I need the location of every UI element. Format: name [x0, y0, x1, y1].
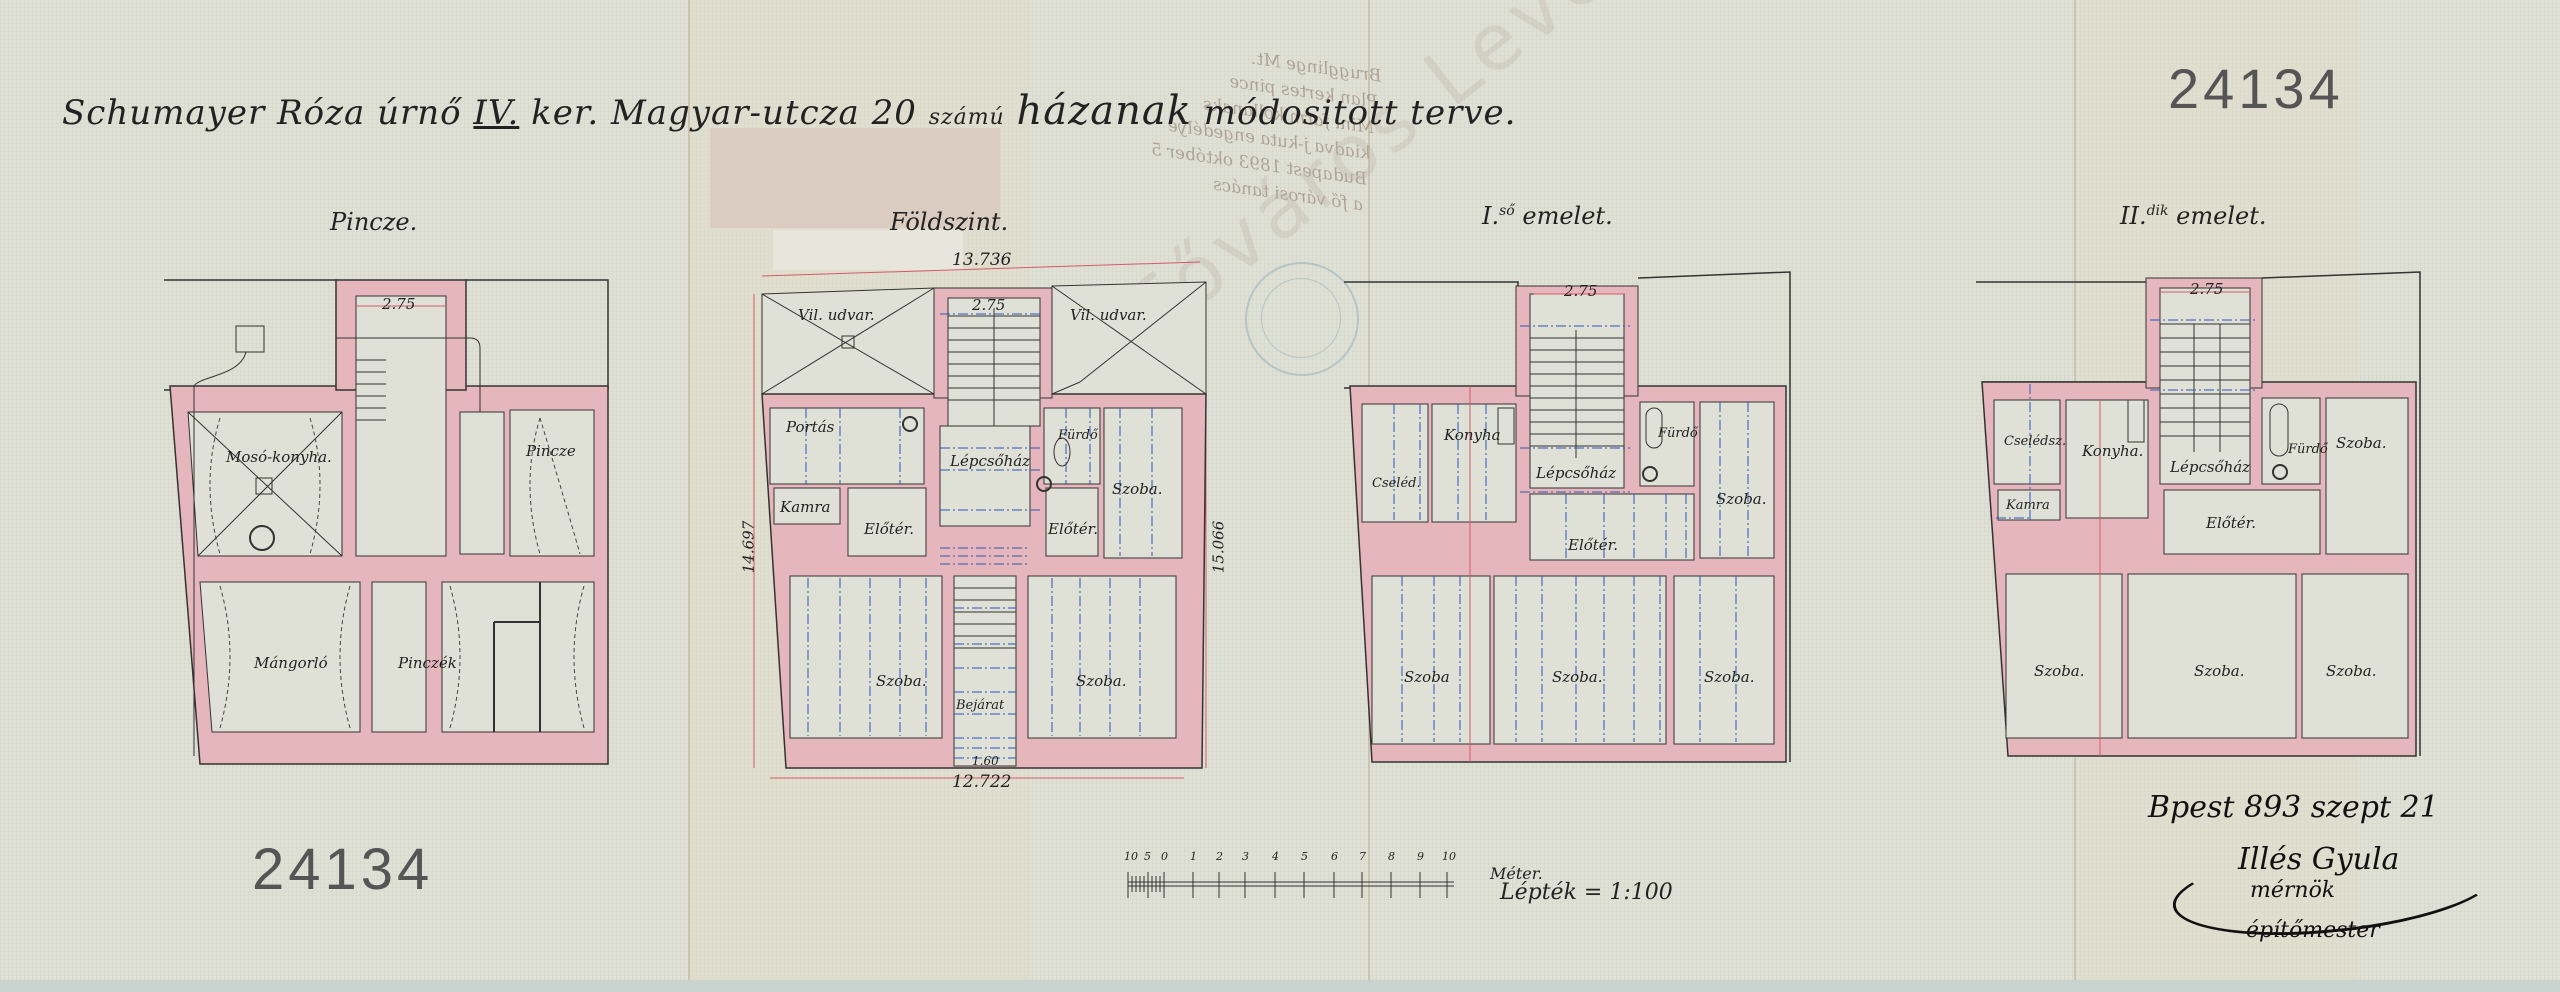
- second-floor-plan: 2.75 Cselédsz. Konyha. Lépcsőház Fürdő S…: [1970, 262, 2430, 772]
- title-owner: Schumayer Róza úrnő: [62, 93, 462, 133]
- basement-plan: 2.75 Mosó-konyha. Pincze Mángorló Pinczé…: [160, 276, 620, 766]
- scale-ratio: Lépték = 1:100: [1500, 880, 1673, 905]
- drawing-sheet: Brugglinge Mt.Plan kertes pinceMini farm…: [0, 0, 2560, 980]
- dimension-stair-width: 2.75: [972, 296, 1005, 314]
- dimension-left-depth: 14.697: [739, 521, 757, 574]
- room-label: Szoba.: [876, 672, 927, 690]
- fold-line: [688, 0, 690, 980]
- room-label: Szoba.: [2034, 662, 2085, 680]
- room-label: Szoba.: [2336, 434, 2387, 452]
- room-label: Pincze: [526, 442, 576, 460]
- room-label: Fürdő: [1658, 426, 1698, 441]
- room-label: Konyha: [1444, 426, 1501, 444]
- dimension-label: 2.75: [382, 295, 415, 313]
- room-label: Szoba.: [1704, 668, 1755, 686]
- room-label: Fürdő: [1058, 428, 1098, 443]
- room-label: Mosó-konyha.: [226, 448, 332, 466]
- plan-title-first-floor: I.ső emelet.: [1482, 202, 1613, 230]
- room-label: Mángorló: [254, 654, 328, 672]
- room-label: Kamra: [2006, 498, 2050, 513]
- signature-name: Illés Gyula: [2238, 842, 2399, 877]
- title-house: házanak: [1017, 88, 1192, 134]
- dimension-label: 2.75: [1564, 282, 1597, 300]
- room-label: Fürdő: [2288, 442, 2328, 457]
- room-label: Vil. udvar.: [1070, 306, 1147, 324]
- first-floor-plan: 2.75 Cseléd. Konyha Lépcsőház Fürdő Szob…: [1340, 262, 1800, 782]
- reference-number-bottom: 24134: [252, 836, 433, 903]
- room-label: Előtér.: [1048, 520, 1098, 538]
- room-label: Lépcsőház: [1536, 464, 1616, 482]
- dimension-entry-width: 1.60: [972, 754, 999, 768]
- room-label: Előtér.: [2206, 514, 2256, 532]
- room-label: Szoba.: [1552, 668, 1603, 686]
- room-label: Cselédsz.: [2004, 434, 2066, 449]
- signature-role: mérnök: [2250, 878, 2335, 903]
- signature-role: építőmester: [2246, 918, 2380, 943]
- title-street: ker. Magyar-utcza 20: [531, 93, 917, 133]
- signature-date: Bpest 893 szept 21: [2148, 790, 2439, 825]
- room-label: Lépcsőház: [950, 452, 1030, 470]
- scale-bar: 10 5 0 1 2 3 4 5 6 7 8 9 10: [1124, 858, 1484, 902]
- room-label: Szoba.: [1076, 672, 1127, 690]
- room-label: Konyha.: [2082, 442, 2143, 460]
- dimension-right-depth: 15.066: [1209, 521, 1227, 574]
- reference-number-top: 24134: [2168, 56, 2344, 121]
- room-label: Szoba: [1404, 668, 1450, 686]
- plan-title-ground-floor: Földszint.: [890, 208, 1008, 236]
- room-label: Bejárat: [956, 698, 1004, 713]
- room-label: Szoba.: [2194, 662, 2245, 680]
- title-modified: módositott terve.: [1204, 93, 1517, 133]
- room-label: Szoba.: [1716, 490, 1767, 508]
- room-label: Cseléd.: [1372, 476, 1421, 491]
- title-district: IV.: [473, 93, 519, 133]
- dimension-bottom-width: 12.722: [952, 772, 1011, 792]
- room-label: Lépcsőház: [2170, 458, 2250, 476]
- plan-title-second-floor: II.dik emelet.: [2120, 202, 2267, 230]
- room-label: Vil. udvar.: [798, 306, 875, 324]
- room-label: Szoba.: [1112, 480, 1163, 498]
- room-label: Kamra: [780, 498, 831, 516]
- room-label: Szoba.: [2326, 662, 2377, 680]
- room-label: Előtér.: [864, 520, 914, 538]
- dimension-top-width: 13.736: [952, 250, 1011, 270]
- room-label: Pinczék: [398, 654, 457, 672]
- dimension-label: 2.75: [2190, 280, 2223, 298]
- title-numbered: számú: [929, 105, 1005, 130]
- ground-floor-plan: 13.736 2.75 12.722 14.697 15.066 1.60 Vi…: [740, 248, 1220, 788]
- plan-title-basement: Pincze.: [330, 208, 417, 236]
- room-label: Előtér.: [1568, 536, 1618, 554]
- room-label: Portás: [786, 418, 834, 436]
- document-title: Schumayer Róza úrnő IV. ker. Magyar-utcz…: [62, 88, 1516, 134]
